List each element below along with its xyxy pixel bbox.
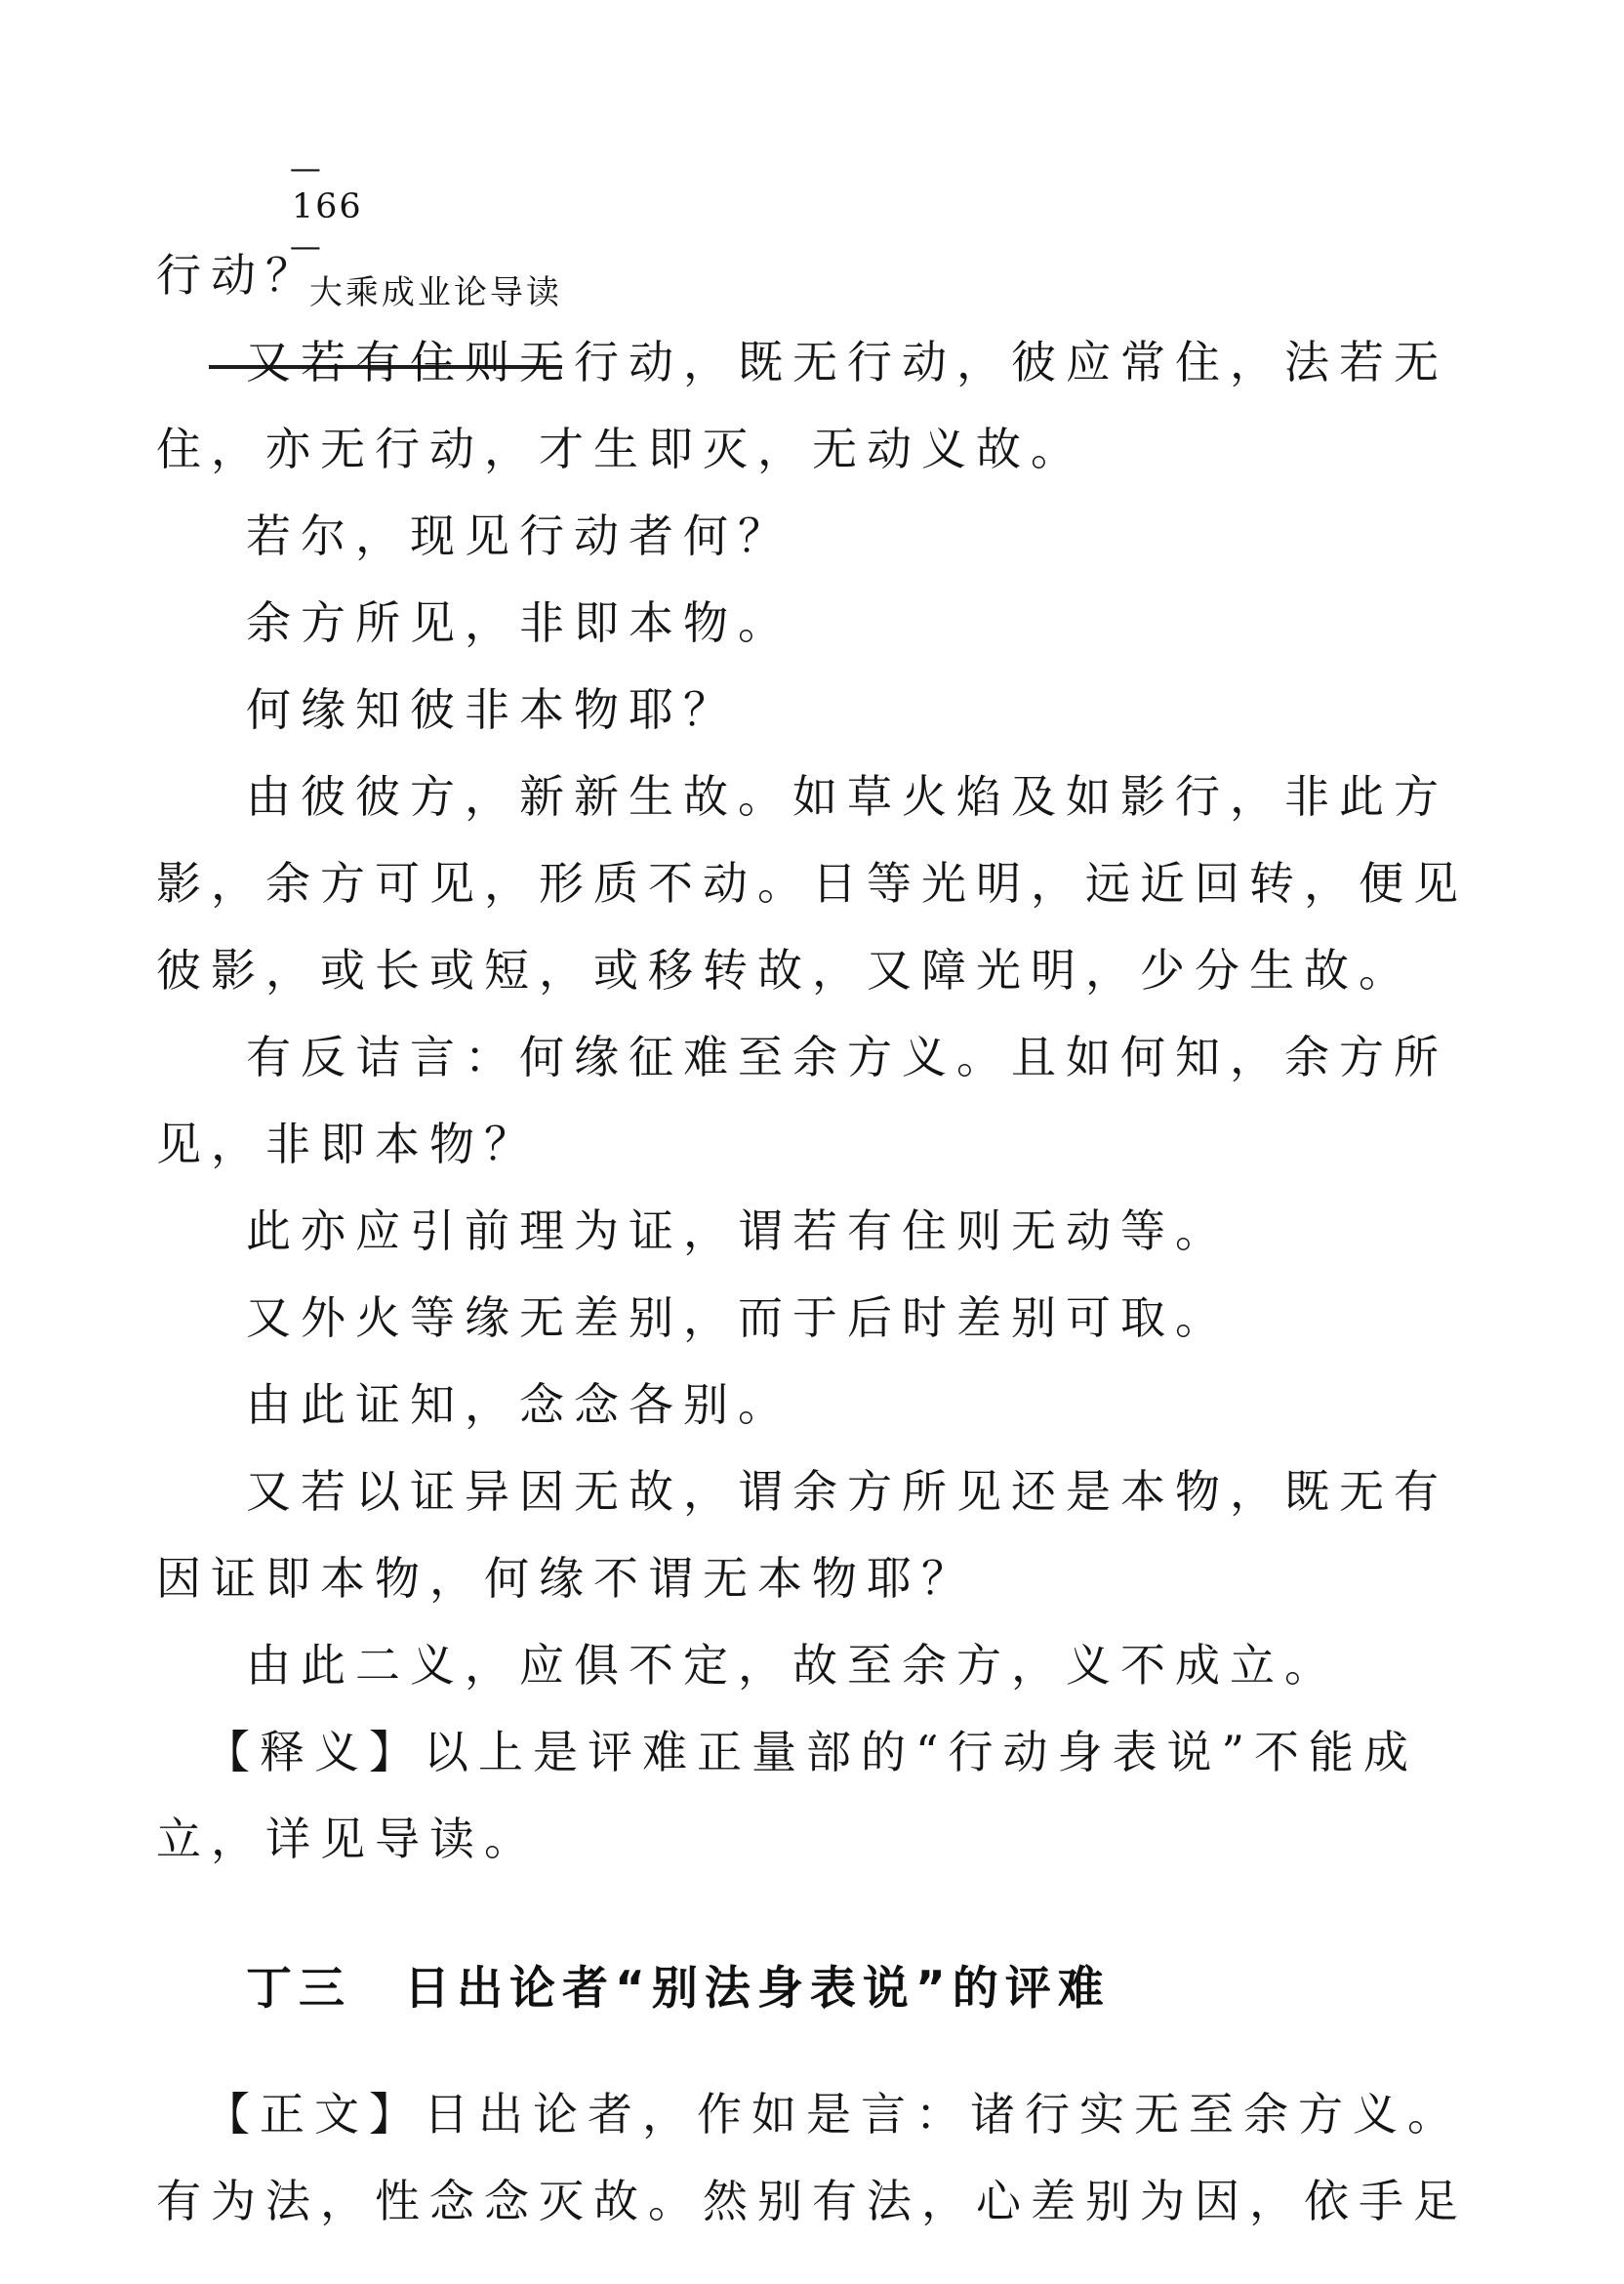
text-line: 【释义】以上是评难正量部的“行动身表说”不能成 [156,1709,1474,1796]
text-line: 又外火等缘无差别，而于后时差别可取。 [156,1275,1474,1362]
text-line: 彼影，或长或短，或移转故，又障光明，少分生故。 [156,927,1474,1014]
page-number-dash-left: — [284,149,329,186]
book-page: — 166 — 大乘成业论导读 行动？又若有住则无行动，既无行动，彼应常住，法若… [0,0,1624,2284]
text-line: 又若有住则无行动，既无行动，彼应常住，法若无 [156,319,1474,406]
text-line: 此亦应引前理为证，谓若有住则无动等。 [156,1188,1474,1275]
text-line: 行动？ [156,232,1474,319]
text-line: 由此证知，念念各别。 [156,1362,1474,1448]
text-line: 见，非即本物？ [156,1101,1474,1188]
text-line: 【正文】日出论者，作如是言：诸行实无至余方义。 [156,2071,1474,2158]
text-line: 立，详见导读。 [156,1796,1474,1883]
text-line: 余方所见，非即本物。 [156,580,1474,667]
text-line: 住，亦无行动，才生即灭，无动义故。 [156,406,1474,493]
text-line: 若尔，现见行动者何？ [156,493,1474,580]
section-heading: 丁三 日出论者“别法身表说”的评难 [156,1945,1474,2033]
page-number: 166 [284,187,371,226]
text-line: 影，余方可见，形质不动。日等光明，远近回转，便见 [156,840,1474,927]
continuation-text-block: 【正文】日出论者，作如是言：诸行实无至余方义。有为法，性念念灭故。然别有法，心差… [156,2071,1474,2245]
main-text-block: 行动？又若有住则无行动，既无行动，彼应常住，法若无住，亦无行动，才生即灭，无动义… [156,232,1474,1883]
page-body: 行动？又若有住则无行动，既无行动，彼应常住，法若无住，亦无行动，才生即灭，无动义… [156,232,1474,2245]
text-line: 因证即本物，何缘不谓无本物耶？ [156,1535,1474,1622]
text-line: 由彼彼方，新新生故。如草火焰及如影行，非此方 [156,754,1474,840]
text-line: 有反诘言：何缘征难至余方义。且如何知，余方所 [156,1014,1474,1101]
text-line: 何缘知彼非本物耶？ [156,667,1474,754]
text-line: 由此二义，应俱不定，故至余方，义不成立。 [156,1622,1474,1709]
text-line: 又若以证异因无故，谓余方所见还是本物，既无有 [156,1448,1474,1535]
text-line: 有为法，性念念灭故。然别有法，心差别为因，依手足 [156,2158,1474,2245]
